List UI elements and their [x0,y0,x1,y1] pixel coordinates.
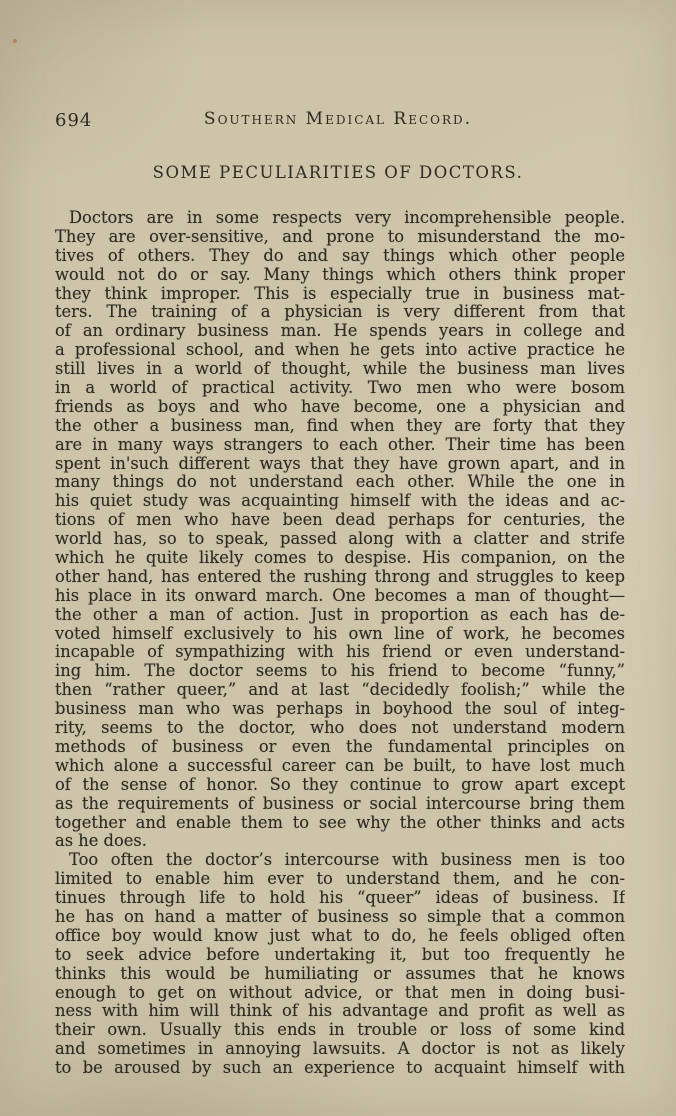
text-line: tions of men who have been dead perhaps … [55,511,625,530]
text-line: tives of others. They do and say things … [55,247,625,266]
text-line: enough to get on without advice, or that… [55,984,625,1003]
text-line: to be aroused by such an experience to a… [55,1059,625,1078]
journal-header: Southern Medical Record. [0,109,676,129]
text-line: their own. Usually this ends in trouble … [55,1021,625,1040]
text-line: still lives in a world of thought, while… [55,360,625,379]
text-line: ness with him will think of his advantag… [55,1002,625,1021]
scanned-book-page: 694 Southern Medical Record. SOME PECULI… [0,0,676,1116]
text-line: which he quite likely comes to despise. … [55,549,625,568]
text-line: and sometimes in annoying lawsuits. A do… [55,1040,625,1059]
text-line: tinues through life to hold his “queer” … [55,889,625,908]
text-line: office boy would know just what to do, h… [55,927,625,946]
text-line: he has on hand a matter of business so s… [55,908,625,927]
text-line: business man who was perhaps in boyhood … [55,700,625,719]
text-line: Doctors are in some respects very incomp… [55,209,625,228]
page-number: 694 [55,110,92,131]
article-body: Doctors are in some respects very incomp… [55,209,625,1078]
text-line: as the requirements of business or socia… [55,795,625,814]
text-line: the other a business man, find when they… [55,417,625,436]
text-line: they think improper. This is especially … [55,285,625,304]
text-line: spent in'such different ways that they h… [55,455,625,474]
text-line: They are over-sensitive, and prone to mi… [55,228,625,247]
text-line: friends as boys and who have become, one… [55,398,625,417]
text-line: Too often the doctor’s intercourse with … [55,851,625,870]
text-line: of an ordinary business man. He spends y… [55,322,625,341]
article-title: SOME PECULIARITIES OF DOCTORS. [0,163,676,182]
text-line: incapable of sympathizing with his frien… [55,643,625,662]
text-line: ters. The training of a physician is ver… [55,303,625,322]
text-line: thinks this would be humiliating or assu… [55,965,625,984]
text-line: the other a man of action. Just in propo… [55,606,625,625]
text-line: limited to enable him ever to understand… [55,870,625,889]
text-line: voted himself exclusively to his own lin… [55,625,625,644]
text-line: many things do not understand each other… [55,473,625,492]
text-line: to seek advice before undertaking it, bu… [55,946,625,965]
text-line: a professional school, and when he gets … [55,341,625,360]
text-line: other hand, has entered the rushing thro… [55,568,625,587]
paper-speck [13,39,17,43]
text-line: are in many ways strangers to each other… [55,436,625,455]
page-header: 694 Southern Medical Record. [0,109,676,133]
text-line: then “rather queer,” and at last “decide… [55,681,625,700]
text-line: would not do or say. Many things which o… [55,266,625,285]
text-line: his quiet study was acquainting himself … [55,492,625,511]
text-line: his place in its onward march. One becom… [55,587,625,606]
paragraph-2: Too often the doctor’s intercourse with … [55,851,625,1078]
text-line: which alone a successful career can be b… [55,757,625,776]
text-line: rity, seems to the doctor, who does not … [55,719,625,738]
text-line: of the sense of honor. So they continue … [55,776,625,795]
text-line: together and enable them to see why the … [55,814,625,833]
text-line: world has, so to speak, passed along wit… [55,530,625,549]
text-line: as he does. [55,832,625,851]
paragraph-1: Doctors are in some respects very incomp… [55,209,625,851]
text-line: ing him. The doctor seems to his friend … [55,662,625,681]
text-line: in a world of practical activity. Two me… [55,379,625,398]
text-line: methods of business or even the fundamen… [55,738,625,757]
